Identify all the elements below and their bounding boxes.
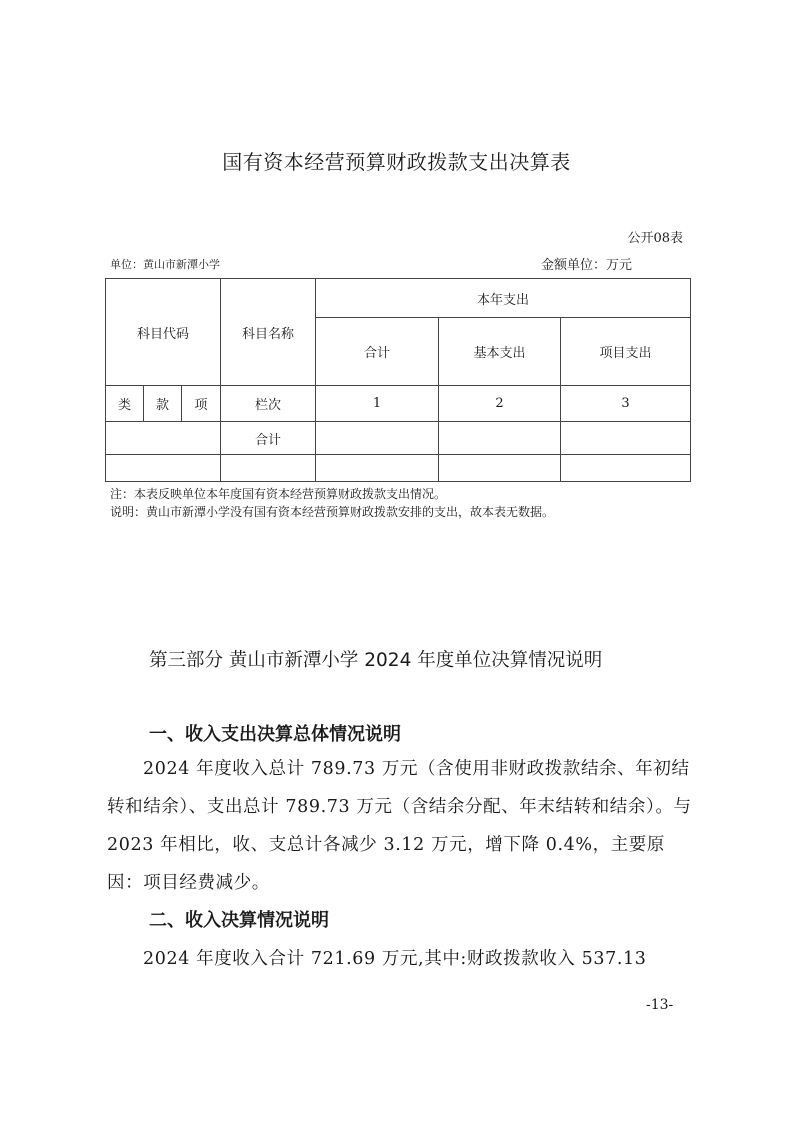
header-lanci: 栏次 — [221, 386, 316, 422]
cell-project — [561, 422, 691, 455]
unit-label: 单位：黄山市新潭小学 — [110, 256, 220, 272]
table-explanation: 说明：黄山市新潭小学没有国有资本经营预算财政拨款安排的支出，故本表无数据。 — [110, 503, 554, 521]
header-lei: 类 — [106, 386, 144, 422]
cell-project — [561, 455, 691, 482]
cell-basic — [439, 455, 561, 482]
cell-code — [106, 422, 221, 455]
cell-total — [316, 455, 439, 482]
header-current-year-expenditure: 本年支出 — [316, 279, 691, 318]
table-row — [106, 455, 691, 482]
header-xiang: 项 — [182, 386, 221, 422]
column-number-3: 3 — [561, 386, 691, 422]
table-row: 合计 — [106, 422, 691, 455]
header-basic-expenditure: 基本支出 — [439, 318, 561, 386]
page-number: -13- — [646, 997, 673, 1013]
header-project-expenditure: 项目支出 — [561, 318, 691, 386]
header-kuan: 款 — [144, 386, 182, 422]
table-note: 注：本表反映单位本年度国有资本经营预算财政拨款支出情况。 — [110, 485, 554, 503]
expenditure-table: 科目代码 科目名称 本年支出 合计 基本支出 项目支出 类 款 项 栏次 1 2… — [105, 278, 691, 482]
cell-total — [316, 422, 439, 455]
amount-unit-label: 金额单位：万元 — [541, 254, 632, 273]
section-heading-1: 一、收入支出决算总体情况说明 — [149, 720, 401, 746]
section-body-1: 2024 年度收入总计 789.73 万元（含使用非财政拨款结余、年初结转和结余… — [107, 750, 697, 902]
table-number: 公开08表 — [627, 227, 683, 246]
table-title: 国有资本经营预算财政拨款支出决算表 — [0, 146, 793, 175]
section-heading-2: 二、收入决算情况说明 — [149, 906, 329, 932]
header-subject-code: 科目代码 — [106, 279, 221, 386]
part-title: 第三部分 黄山市新潭小学 2024 年度单位决算情况说明 — [149, 646, 602, 672]
cell-basic — [439, 422, 561, 455]
cell-code — [106, 455, 221, 482]
header-total: 合计 — [316, 318, 439, 386]
column-number-1: 1 — [316, 386, 439, 422]
table-notes: 注：本表反映单位本年度国有资本经营预算财政拨款支出情况。 说明：黄山市新潭小学没… — [110, 485, 554, 521]
cell-name: 合计 — [221, 422, 316, 455]
column-number-2: 2 — [439, 386, 561, 422]
cell-name — [221, 455, 316, 482]
header-subject-name: 科目名称 — [221, 279, 316, 386]
section-body-2: 2024 年度收入合计 721.69 万元,其中:财政拨款收入 537.13 — [107, 940, 697, 978]
